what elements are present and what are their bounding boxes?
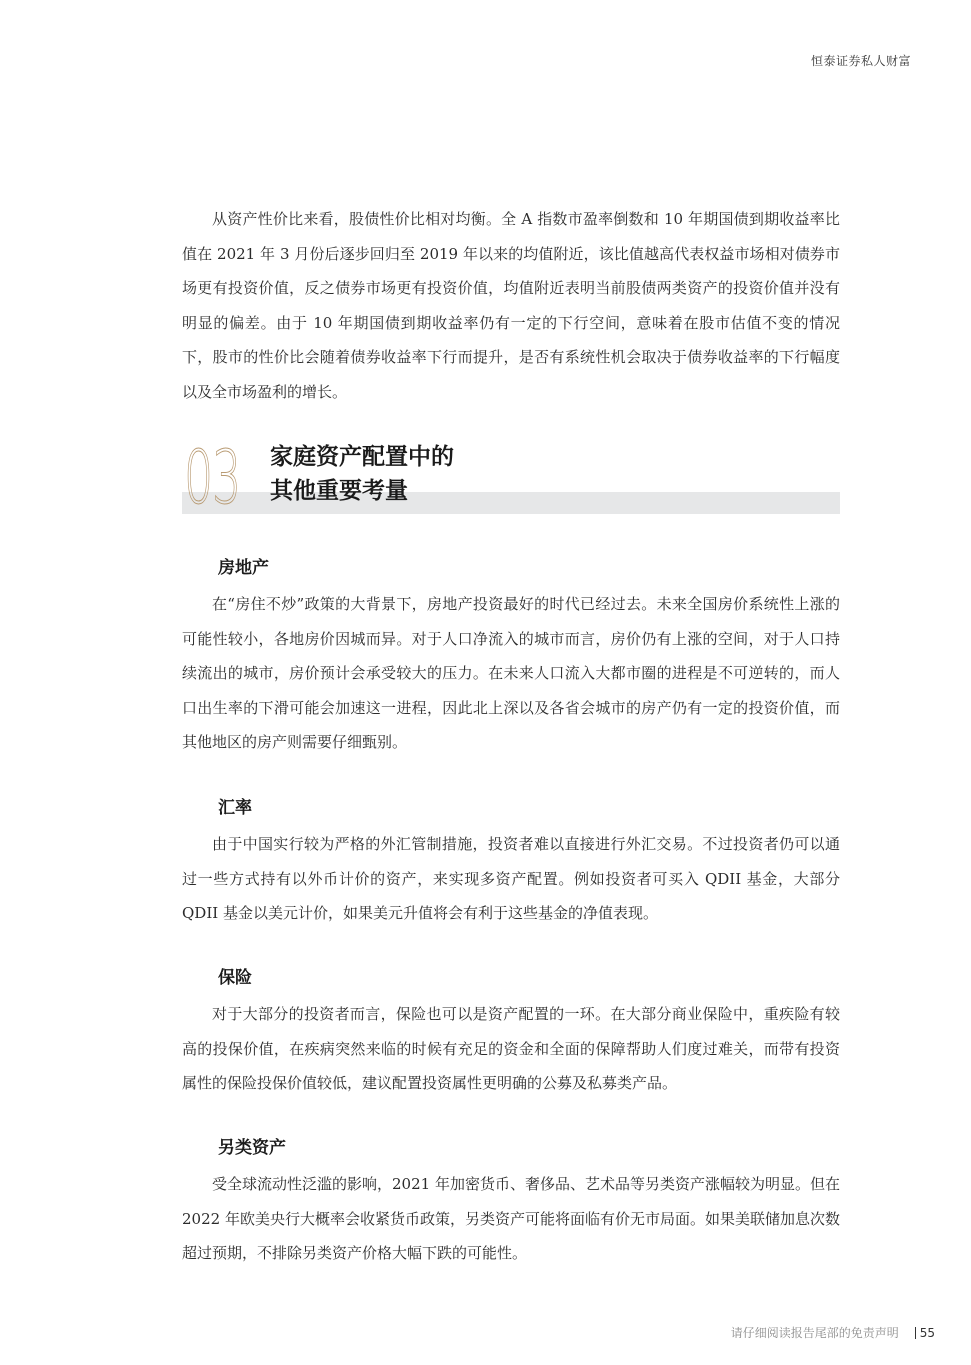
subsection-title: 汇率: [218, 793, 840, 823]
subsection-title: 另类资产: [218, 1133, 840, 1163]
subsection-alternative-assets: 另类资产 受全球流动性泛滥的影响，2021 年加密货币、奢侈品、艺术品等另类资产…: [182, 1133, 840, 1271]
subsection-exchange-rate: 汇率 由于中国实行较为严格的外汇管制措施，投资者难以直接进行外汇交易。不过投资者…: [182, 793, 840, 931]
footer-disclaimer: 请仔细阅读报告尾部的免责声明: [731, 1324, 899, 1341]
section-heading: 03 家庭资产配置中的 其他重要考量: [182, 440, 840, 516]
subsection-title: 保险: [218, 963, 840, 993]
section-title: 家庭资产配置中的 其他重要考量: [270, 440, 454, 508]
subsection-title: 房地产: [218, 553, 840, 583]
page-number: 55: [920, 1326, 935, 1340]
intro-section: 从资产性价比来看，股债性价比相对均衡。全 A 指数市盈率倒数和 10 年期国债到…: [182, 202, 840, 409]
section-title-line1: 家庭资产配置中的: [270, 440, 454, 474]
section-number: 03: [184, 442, 240, 514]
subsection-paragraph: 对于大部分的投资者而言，保险也可以是资产配置的一环。在大部分商业保险中，重疾险有…: [182, 997, 840, 1101]
intro-paragraph: 从资产性价比来看，股债性价比相对均衡。全 A 指数市盈率倒数和 10 年期国债到…: [182, 202, 840, 409]
subsection-paragraph: 在“房住不炒”政策的大背景下，房地产投资最好的时代已经过去。未来全国房价系统性上…: [182, 587, 840, 760]
header-brand: 恒泰证券私人财富: [811, 52, 911, 69]
subsection-real-estate: 房地产 在“房住不炒”政策的大背景下，房地产投资最好的时代已经过去。未来全国房价…: [182, 553, 840, 760]
subsection-paragraph: 由于中国实行较为严格的外汇管制措施，投资者难以直接进行外汇交易。不过投资者仍可以…: [182, 827, 840, 931]
page-footer: 请仔细阅读报告尾部的免责声明 55: [731, 1324, 935, 1341]
footer-divider: [915, 1327, 916, 1339]
subsection-insurance: 保险 对于大部分的投资者而言，保险也可以是资产配置的一环。在大部分商业保险中，重…: [182, 963, 840, 1101]
subsection-paragraph: 受全球流动性泛滥的影响，2021 年加密货币、奢侈品、艺术品等另类资产涨幅较为明…: [182, 1167, 840, 1271]
section-title-line2: 其他重要考量: [270, 474, 454, 508]
